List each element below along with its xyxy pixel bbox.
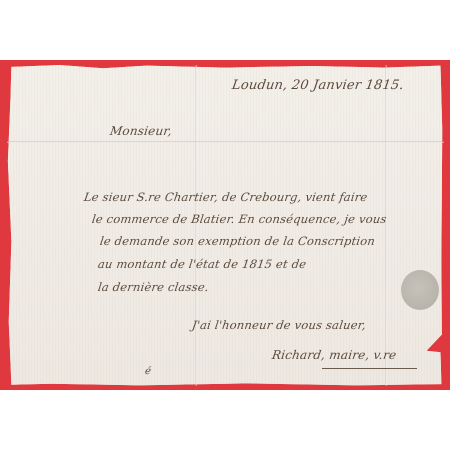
body-line-3: le demande son exemption de la Conscript… [99, 234, 376, 248]
fold-crease-horizontal [7, 141, 444, 143]
body-line-4: au montant de l'état de 1815 et de [97, 257, 307, 271]
place-date: Loudun, 20 Janvier 1815. [231, 78, 405, 93]
signature-underline [322, 368, 417, 369]
body-line-1: Le sieur S.re Chartier, de Crebourg, vie… [83, 190, 368, 204]
closing: J'ai l'honneur de vous saluer, [191, 318, 367, 332]
body-line-5: la dernière classe. [97, 280, 210, 294]
salutation: Monsieur, [109, 124, 173, 138]
signature: Richard, maire, v.re [271, 348, 397, 362]
wax-seal-remnant [401, 270, 439, 310]
body-line-2: le commerce de Blatier. En conséquence, … [91, 212, 388, 226]
